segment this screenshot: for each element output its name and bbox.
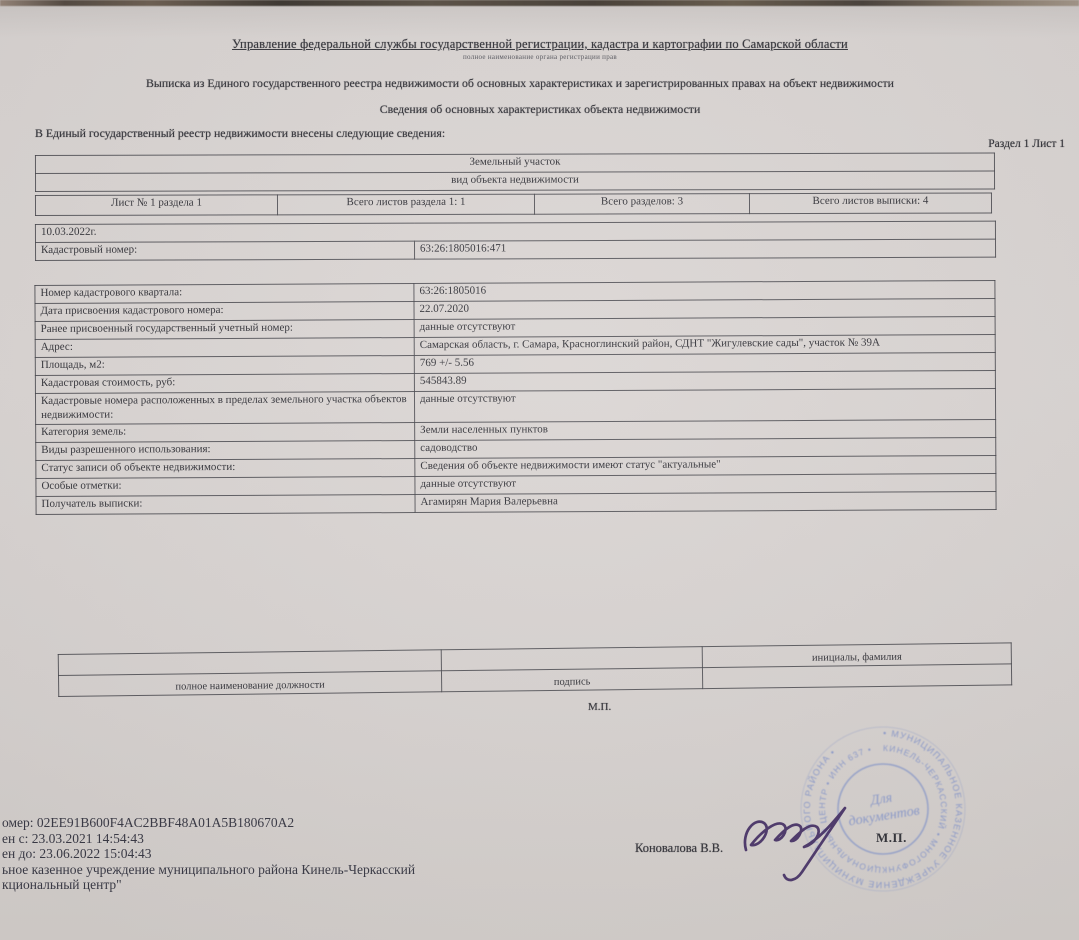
sheet-cell: Всего листов выписки: 4 xyxy=(749,193,991,214)
row-value: Агамирян Мария Валерьевна xyxy=(415,491,996,512)
stamp-center-line1: Для xyxy=(868,791,894,809)
position-label: полное наименование должности xyxy=(58,671,441,697)
table-row: Получатель выписки:Агамирян Мария Валерь… xyxy=(36,491,996,514)
photo-background-edge xyxy=(0,0,1079,6)
signature-label: подпись xyxy=(441,668,702,692)
row-label: Номер кадастрового квартала: xyxy=(35,284,414,304)
signer-name: Коновалова В.В. xyxy=(635,841,723,856)
intro-line: В Единый государственный реестр недвижим… xyxy=(35,126,445,141)
cadastral-number-value: 63:26:1805016:471 xyxy=(414,239,995,259)
empty-cell xyxy=(702,664,1011,689)
sheet-cell: Всего листов раздела 1: 1 xyxy=(277,194,534,215)
row-label: Статус записи об объекте недвижимости: xyxy=(36,458,415,478)
row-label: Ранее присвоенный государственный учетны… xyxy=(35,320,414,340)
signature-info-line: омер: 02EE91B600F4AC2BBF48A01A5B180670A2 xyxy=(2,815,415,831)
signature-info-line: ьное казенное учреждение муниципального … xyxy=(2,862,415,878)
row-label: Особые отметки: xyxy=(36,476,415,496)
section-sheet-label: Раздел 1 Лист 1 xyxy=(865,138,1065,150)
signature-info-line: ен с: 23.03.2021 14:54:43 xyxy=(2,831,415,847)
row-label: Дата присвоения кадастрового номера: xyxy=(35,302,414,322)
mp-label-stamp: М.П. xyxy=(876,830,907,846)
document-title: Выписка из Единого государственного реес… xyxy=(20,76,1020,91)
table-row: Кадастровые номера расположенных в преде… xyxy=(35,388,995,424)
signature-info-line: ен до: 23.06.2022 15:04:43 xyxy=(2,846,415,862)
object-type-table: Земельный участок вид объекта недвижимос… xyxy=(35,152,995,192)
digital-signature-info: омер: 02EE91B600F4AC2BBF48A01A5B180670A2… xyxy=(2,815,415,893)
row-label: Адрес: xyxy=(35,338,414,358)
row-label: Кадастровые номера расположенных в преде… xyxy=(35,392,414,424)
cadastral-number-label: Кадастровый номер: xyxy=(35,241,414,260)
date-cadastral-table: 10.03.2022г. Кадастровый номер: 63:26:18… xyxy=(35,221,996,261)
signature-info-line: кциональный центр" xyxy=(2,877,415,893)
handwritten-signature xyxy=(738,788,868,888)
row-label: Кадастровая стоимость, руб: xyxy=(35,374,414,394)
scanned-document-photo: Управление федеральной службы государств… xyxy=(0,0,1079,940)
row-label: Виды разрешенного использования: xyxy=(36,440,415,460)
section-title: Сведения об основных характеристиках объ… xyxy=(35,102,1045,117)
mp-label-table: М.П. xyxy=(588,701,611,713)
object-type-caption: вид объекта недвижимости xyxy=(36,171,995,192)
sheet-cell: Всего разделов: 3 xyxy=(534,194,749,215)
row-label: Площадь, м2: xyxy=(35,356,414,376)
row-value: данные отсутствуют xyxy=(414,388,995,422)
signature-block-table: инициалы, фамилия полное наименование до… xyxy=(58,642,1012,697)
object-details-table: Номер кадастрового квартала:63:26:180501… xyxy=(34,280,996,515)
sheet-cell: Лист № 1 раздела 1 xyxy=(35,195,277,216)
row-label: Получатель выписки: xyxy=(36,494,415,514)
org-name-caption: полное наименование органа регистрации п… xyxy=(35,53,1045,61)
sheets-summary-table: Лист № 1 раздела 1 Всего листов раздела … xyxy=(35,192,992,216)
row-label: Категория земель: xyxy=(36,422,415,442)
org-name: Управление федеральной службы государств… xyxy=(35,37,1045,52)
